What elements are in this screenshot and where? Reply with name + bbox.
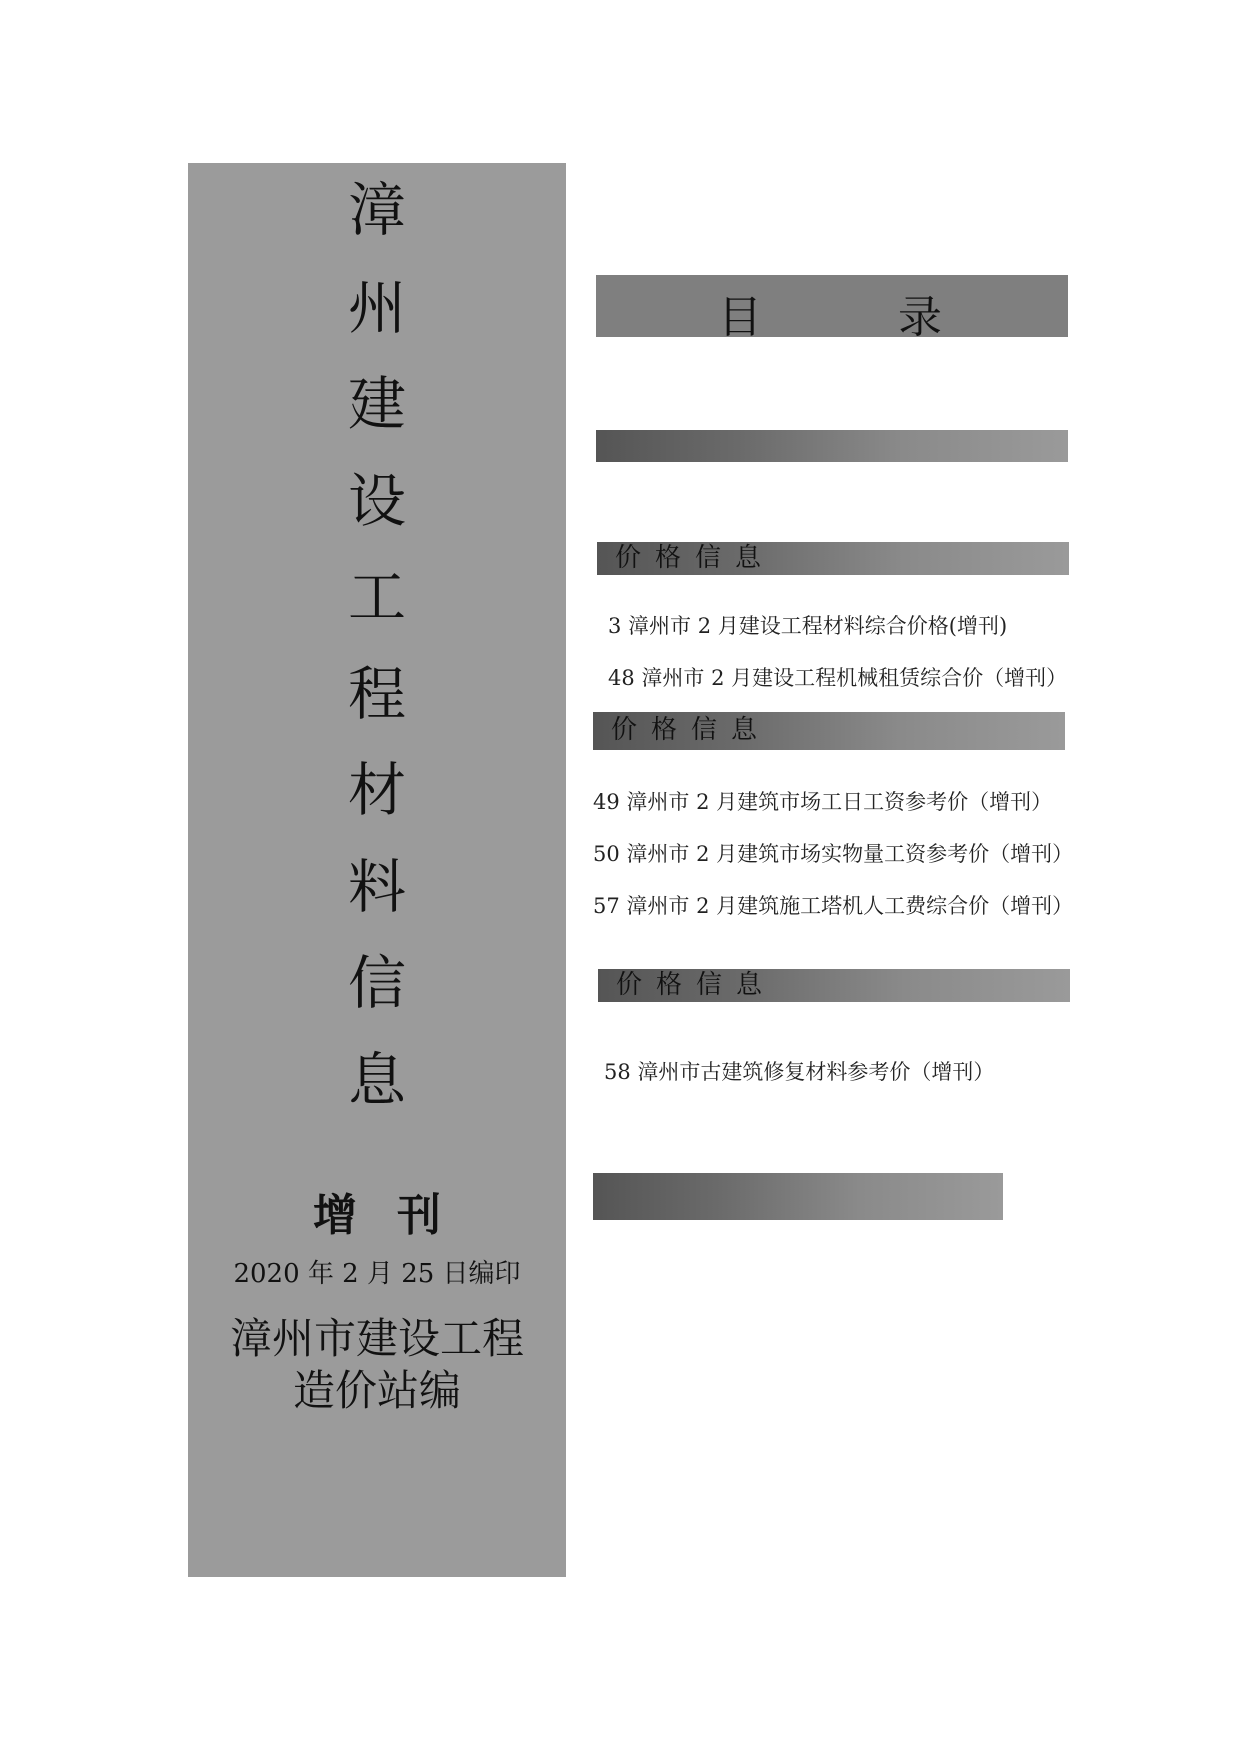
- title-char: 漳: [188, 175, 566, 245]
- section-header: 价格信息: [593, 712, 1065, 750]
- publisher-line-2: 造价站编: [188, 1365, 566, 1417]
- toc-item[interactable]: 3 漳州市 2 月建设工程材料综合价格(增刊): [608, 610, 1007, 640]
- toc-item[interactable]: 49 漳州市 2 月建筑市场工日工资参考价（增刊）: [593, 786, 1052, 816]
- toc-item[interactable]: 50 漳州市 2 月建筑市场实物量工资参考价（增刊）: [593, 838, 1073, 868]
- title-char: 信: [188, 948, 566, 1018]
- print-date: 2020 年 2 月 25 日编印: [188, 1253, 566, 1290]
- title-char: 程: [188, 659, 566, 729]
- toc-item[interactable]: 58 漳州市古建筑修复材料参考价（增刊）: [604, 1056, 994, 1086]
- toc-title-left: 目: [718, 281, 762, 345]
- decorative-bar: [596, 430, 1068, 462]
- toc-title-right: 录: [898, 281, 942, 345]
- title-char: 设: [188, 466, 566, 536]
- toc-title-bar: 目 录: [596, 275, 1068, 337]
- section-label: 价格信息: [616, 969, 776, 1002]
- section-label: 价格信息: [615, 542, 775, 575]
- title-char: 建: [188, 369, 566, 439]
- title-char: 工: [188, 562, 566, 632]
- title-char: 材: [188, 755, 566, 825]
- section-label: 价格信息: [611, 714, 771, 747]
- toc-item[interactable]: 57 漳州市 2 月建筑施工塔机人工费综合价（增刊）: [593, 890, 1073, 920]
- decorative-bar-bottom: [593, 1173, 1003, 1220]
- section-header: 价格信息: [598, 969, 1070, 1002]
- title-char: 料: [188, 852, 566, 922]
- publisher: 漳州市建设工程 造价站编: [188, 1313, 566, 1417]
- title-char: 息: [188, 1045, 566, 1115]
- toc-item[interactable]: 48 漳州市 2 月建设工程机械租赁综合价（增刊）: [608, 662, 1067, 692]
- cover-panel: 漳 州 建 设 工 程 材 料 信 息 增刊 2020 年 2 月 25 日编印…: [188, 163, 566, 1577]
- publisher-line-1: 漳州市建设工程: [188, 1313, 566, 1365]
- title-char: 州: [188, 273, 566, 343]
- supplement-label: 增刊: [188, 1179, 566, 1243]
- section-header: 价格信息: [597, 542, 1069, 575]
